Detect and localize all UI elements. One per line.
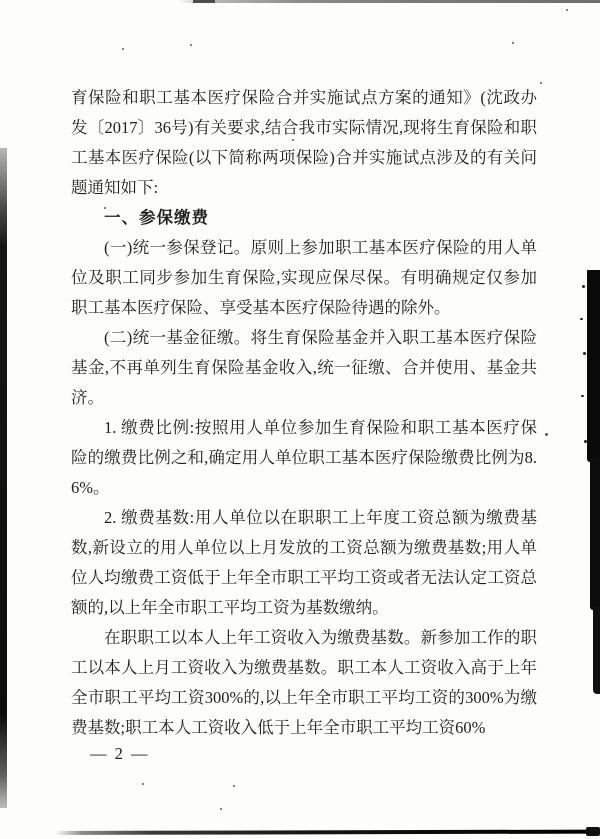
scan-artifact-top-edge	[178, 0, 600, 3]
paragraph-clause-2-fund-collection: (二)统一基金征缴。将生育保险基金并入职工基本医疗保险基金,不再单列生育保险基金…	[71, 323, 537, 413]
paragraph-intro-continuation: 育保险和职工基本医疗保险合并实施试点方案的通知》(沈政办发〔2017〕36号)有…	[71, 83, 537, 203]
paragraph-item-1-contribution-rate: 1. 缴费比例:按照用人单位参加生育保险和职工基本医疗保险的缴费比例之和,确定用…	[71, 413, 537, 503]
section-heading-canbao-jiaofei: 一、参保缴费	[71, 203, 537, 233]
scan-artifact-left-edge	[0, 148, 7, 808]
paragraph-clause-1-registration: (一)统一参保登记。原则上参加职工基本医疗保险的用人单位及职工同步参加生育保险,…	[71, 233, 537, 323]
paragraph-item-2-contribution-base: 2. 缴费基数:用人单位以在职职工上年度工资总额为缴费基数,新设立的用人单位以上…	[71, 503, 537, 623]
noise-speck	[580, 318, 583, 320]
noise-speck	[233, 785, 235, 787]
noise-speck	[583, 352, 586, 355]
noise-speck	[545, 433, 548, 436]
noise-speck	[540, 82, 542, 84]
scan-artifact-bottom-edge	[55, 830, 600, 835]
scan-artifact-right-edge	[587, 270, 600, 462]
noise-speck	[566, 9, 568, 11]
noise-speck	[122, 48, 124, 50]
noise-speck	[190, 44, 192, 46]
noise-speck	[512, 42, 514, 44]
scanned-document-page: 育保险和职工基本医疗保险合并实施试点方案的通知》(沈政办发〔2017〕36号)有…	[0, 0, 600, 839]
noise-speck	[220, 808, 222, 810]
scan-artifact-corner-blob	[586, 827, 600, 836]
paragraph-employee-base-rules: 在职职工以本人上年工资收入为缴费基数。新参加工作的职工以本人上月工资收入为缴费基…	[71, 623, 537, 743]
scan-artifact-top-edge-dark-segment	[193, 0, 215, 3]
noise-speck	[584, 440, 587, 443]
scan-artifact-right-edge	[590, 458, 600, 610]
noise-speck	[292, 139, 294, 141]
document-body: 育保险和职工基本医疗保险合并实施试点方案的通知》(沈政办发〔2017〕36号)有…	[71, 83, 537, 743]
page-number: — 2 —	[90, 739, 150, 769]
noise-speck	[582, 285, 585, 288]
noise-speck	[142, 783, 144, 785]
noise-speck	[104, 207, 106, 209]
scan-artifact-right-edge	[593, 606, 600, 694]
noise-speck	[581, 395, 584, 397]
